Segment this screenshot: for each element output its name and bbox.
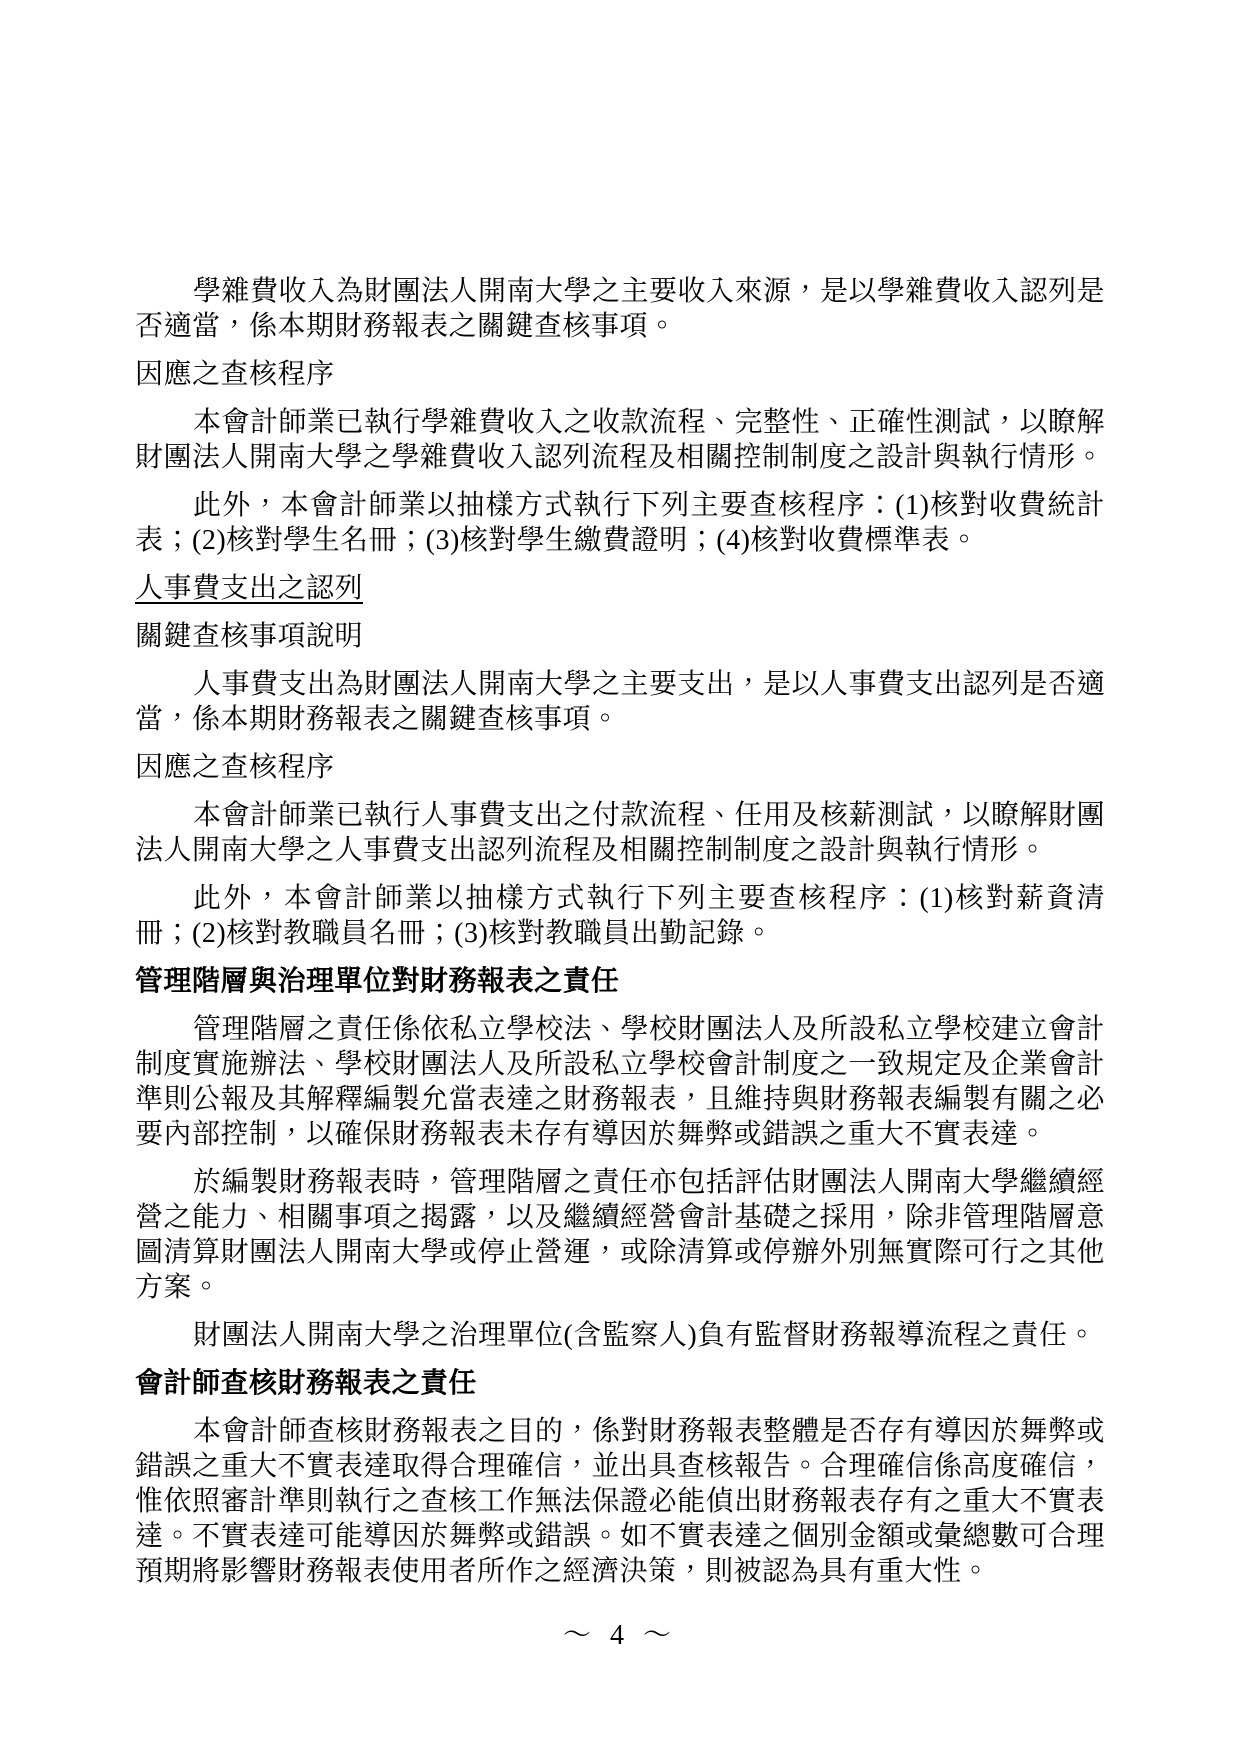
para-governance-supervision: 財團法人開南大學之治理單位(含監察人)負有監督財務報導流程之責任。 (135, 1318, 1105, 1353)
subheading-audit-procedures-tuition: 因應之查核程序 (135, 357, 1105, 392)
page-number-footer: ～ 4 ～ (135, 1618, 1105, 1653)
para-management-responsibility: 管理階層之責任係依私立學校法、學校財團法人及所設私立學校建立會計制度實施辦法、學… (135, 1012, 1105, 1152)
para-going-concern-responsibility: 於編製財務報表時，管理階層之責任亦包括評估財團法人開南大學繼續經營之能力、相關事… (135, 1165, 1105, 1305)
para-tuition-audit-tests: 本會計師業已執行學雜費收入之收款流程、完整性、正確性測試，以瞭解財團法人開南大學… (135, 405, 1105, 475)
document-page: 學雜費收入為財團法人開南大學之主要收入來源，是以學雜費收入認列是否適當，係本期財… (0, 0, 1241, 1755)
para-tuition-sampling-procedures: 此外，本會計師業以抽樣方式執行下列主要查核程序：(1)核對收費統計表；(2)核對… (135, 488, 1105, 558)
para-auditor-objective: 本會計師查核財務報表之目的，係對財務報表整體是否存有導因於舞弊或錯誤之重大不實表… (135, 1414, 1105, 1589)
subheading-audit-procedures-personnel: 因應之查核程序 (135, 750, 1105, 785)
heading-personnel-expense-recognition: 人事費支出之認列 (135, 571, 1105, 606)
para-personnel-sampling-procedures: 此外，本會計師業以抽樣方式執行下列主要查核程序：(1)核對薪資清冊；(2)核對教… (135, 881, 1105, 951)
heading-auditor-responsibility: 會計師查核財務報表之責任 (135, 1366, 1105, 1401)
para-personnel-audit-tests: 本會計師業已執行人事費支出之付款流程、任用及核薪測試，以瞭解財團法人開南大學之人… (135, 798, 1105, 868)
para-tuition-revenue-kam-description: 學雜費收入為財團法人開南大學之主要收入來源，是以學雜費收入認列是否適當，係本期財… (135, 274, 1105, 344)
para-personnel-expense-kam-description: 人事費支出為財團法人開南大學之主要支出，是以人事費支出認列是否適當，係本期財務報… (135, 667, 1105, 737)
subheading-kam-explanation: 關鍵查核事項說明 (135, 619, 1105, 654)
heading-management-governance-responsibility: 管理階層與治理單位對財務報表之責任 (135, 964, 1105, 999)
